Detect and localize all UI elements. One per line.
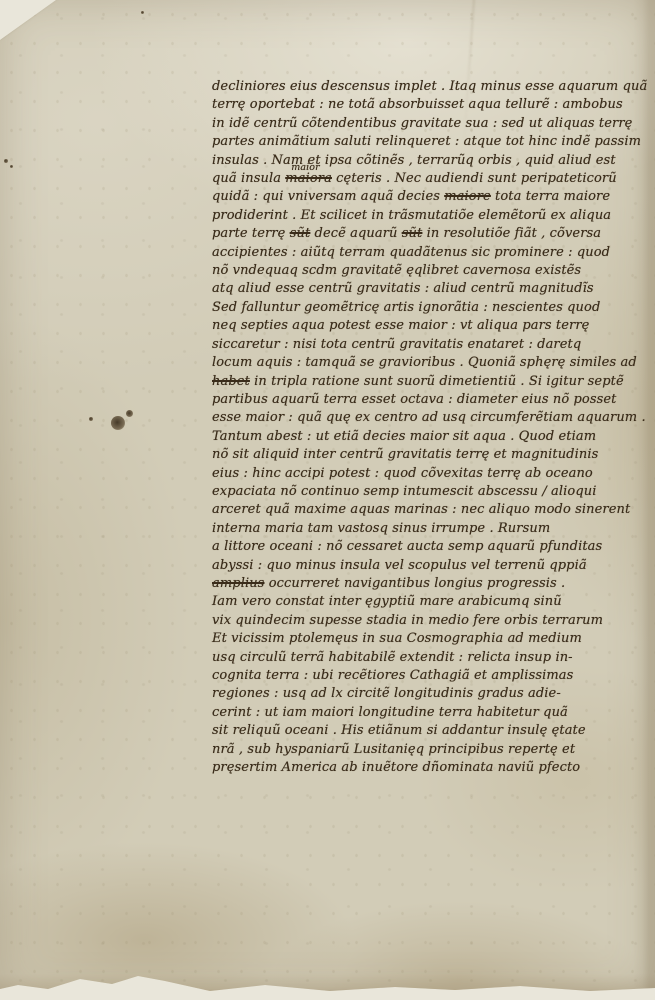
manuscript-line: vix quindecim supesse stadia in medio fe… — [212, 612, 648, 630]
manuscript-text: sit reliquũ oceani . His etiãnum si adda… — [212, 723, 586, 738]
manuscript-text-block: decliniores eius descensus implet . Itaq… — [212, 78, 648, 777]
manuscript-line: Sed falluntur geomẽtricę artis ignorãtia… — [212, 299, 648, 317]
manuscript-line: insulas . Nam et ipsa cõtinẽs , terrarũq… — [212, 152, 648, 170]
manuscript-text: Et vicissim ptolemęus in sua Cosmographi… — [212, 631, 582, 646]
manuscript-text: accipientes : aiũtq terram quadãtenus si… — [212, 245, 610, 260]
manuscript-text: in resolutiõe fiãt , cõversa — [422, 226, 601, 241]
manuscript-line: interna maria tam vastosq sinus irrumpe … — [212, 520, 648, 538]
manuscript-text: insulas . Nam et ipsa cõtinẽs , terrarũq… — [212, 153, 616, 168]
manuscript-text: cęteris . Nec audiendi sunt peripatetico… — [332, 171, 617, 186]
manuscript-line: habet in tripla ratione sunt suorũ dimet… — [212, 373, 648, 391]
manuscript-line: partibus aquarũ terra esset octava : dia… — [212, 391, 648, 409]
manuscript-line: Et vicissim ptolemęus in sua Cosmographi… — [212, 630, 648, 648]
manuscript-line: parte terrę sũt decẽ aquarũ sũt in resol… — [212, 225, 648, 243]
interlinear-insertion: maior — [291, 163, 319, 173]
manuscript-text: cerint : ut iam maiori longitudine terra… — [212, 705, 568, 720]
manuscript-line: expaciata nõ continuo semp intumescit ab… — [212, 483, 648, 501]
manuscript-line: in idẽ centrũ cõtendentibus gravitate su… — [212, 115, 648, 133]
corner-cut-shading — [0, 0, 66, 40]
ink-blot — [4, 159, 8, 163]
manuscript-line: usq circulũ terrã habitabilẽ extendit : … — [212, 649, 648, 667]
manuscript-text: Iam vero constat inter ęgyptiũ mare arab… — [212, 594, 562, 609]
manuscript-line: abyssi : quo minus insula vel scopulus v… — [212, 557, 648, 575]
manuscript-line: locum aquis : tamquã se gravioribus . Qu… — [212, 354, 648, 372]
manuscript-line: sit reliquũ oceani . His etiãnum si adda… — [212, 722, 648, 740]
ink-blot — [126, 410, 133, 417]
manuscript-text: cognita terra : ubi recẽtiores Cathagiã … — [212, 668, 573, 683]
manuscript-text: vix quindecim supesse stadia in medio fe… — [212, 613, 603, 628]
manuscript-line: cerint : ut iam maiori longitudine terra… — [212, 704, 648, 722]
manuscript-text: Sed falluntur geomẽtricę artis ignorãtia… — [212, 300, 600, 315]
manuscript-text: usq circulũ terrã habitabilẽ extendit : … — [212, 650, 573, 665]
manuscript-line: Tantum abest : ut etiã decies maior sit … — [212, 428, 648, 446]
ink-blot — [89, 417, 93, 421]
manuscript-text: esse maior : quã quę ex centro ad usq ci… — [212, 410, 646, 425]
manuscript-line: a littore oceani : nõ cessaret aucta sem… — [212, 538, 648, 556]
manuscript-line: quidã : qui vniversam aquã decies maiore… — [212, 188, 648, 206]
manuscript-text: arceret quã maxime aquas marinas : nec a… — [212, 502, 630, 517]
struck-word: sũt — [402, 226, 423, 241]
manuscript-text: partes animãtium saluti relinqueret : at… — [212, 134, 641, 149]
manuscript-line: partes animãtium saluti relinqueret : at… — [212, 133, 648, 151]
manuscript-line: eius : hinc accipi potest : quod cõvexit… — [212, 465, 648, 483]
struck-word: maiore — [444, 189, 491, 204]
manuscript-text: decliniores eius descensus implet . Itaq… — [212, 79, 647, 94]
manuscript-line: decliniores eius descensus implet . Itaq… — [212, 78, 648, 96]
manuscript-line: prodiderint . Et scilicet in trãsmutatiõ… — [212, 207, 648, 225]
manuscript-line: nõ sit aliquid inter centrũ gravitatis t… — [212, 446, 648, 464]
manuscript-text: neq septies aqua potest esse maior : vt … — [212, 318, 589, 333]
manuscript-text: nõ vndequaq scdm gravitatẽ ęqlibret cave… — [212, 263, 581, 278]
manuscript-text: locum aquis : tamquã se gravioribus . Qu… — [212, 355, 637, 370]
manuscript-text: siccaretur : nisi tota centrũ gravitatis… — [212, 337, 581, 352]
manuscript-scan: decliniores eius descensus implet . Itaq… — [0, 0, 655, 1000]
manuscript-text: a littore oceani : nõ cessaret aucta sem… — [212, 539, 602, 554]
manuscript-text: decẽ aquarũ — [310, 226, 401, 241]
struck-word: habet — [212, 374, 250, 389]
manuscript-text: partibus aquarũ terra esset octava : dia… — [212, 392, 617, 407]
manuscript-text: eius : hinc accipi potest : quod cõvexit… — [212, 466, 593, 481]
manuscript-text: atq aliud esse centrũ gravitatis : aliud… — [212, 281, 594, 296]
manuscript-text: Tantum abest : ut etiã decies maior sit … — [212, 429, 596, 444]
ink-blot — [10, 165, 13, 168]
manuscript-line: amplius occurreret navigantibus longius … — [212, 575, 648, 593]
manuscript-text: prodiderint . Et scilicet in trãsmutatiõ… — [212, 208, 611, 223]
manuscript-line: nrã , sub hyspaniarũ Lusitanięq principi… — [212, 741, 648, 759]
manuscript-line: cognita terra : ubi recẽtiores Cathagiã … — [212, 667, 648, 685]
struck-word: maioramaior — [285, 171, 332, 186]
ink-blot — [141, 11, 144, 14]
manuscript-line: neq septies aqua potest esse maior : vt … — [212, 317, 648, 335]
manuscript-text: pręsertim America ab inuẽtore dñominata … — [212, 760, 580, 775]
manuscript-text: quã insula — [212, 171, 285, 186]
manuscript-line: esse maior : quã quę ex centro ad usq ci… — [212, 409, 648, 427]
manuscript-text: terrę oportebat : ne totã absorbuisset a… — [212, 97, 623, 112]
manuscript-text: parte terrę — [212, 226, 290, 241]
manuscript-text: occurreret navigantibus longius progress… — [264, 576, 565, 591]
ink-blot — [111, 416, 125, 430]
manuscript-line: nõ vndequaq scdm gravitatẽ ęqlibret cave… — [212, 262, 648, 280]
manuscript-text: tota terra maiore — [491, 189, 610, 204]
struck-word: amplius — [212, 576, 264, 591]
manuscript-text: interna maria tam vastosq sinus irrumpe … — [212, 521, 550, 536]
manuscript-line: quã insula maioramaior cęteris . Nec aud… — [212, 170, 648, 188]
manuscript-line: Iam vero constat inter ęgyptiũ mare arab… — [212, 593, 648, 611]
manuscript-text: expaciata nõ continuo semp intumescit ab… — [212, 484, 596, 499]
manuscript-page: decliniores eius descensus implet . Itaq… — [0, 0, 655, 1000]
manuscript-text: quidã : qui vniversam aquã decies — [212, 189, 444, 204]
manuscript-text: nõ sit aliquid inter centrũ gravitatis t… — [212, 447, 598, 462]
manuscript-line: accipientes : aiũtq terram quadãtenus si… — [212, 244, 648, 262]
manuscript-line: atq aliud esse centrũ gravitatis : aliud… — [212, 280, 648, 298]
manuscript-line: regiones : usq ad lx circitẽ longitudini… — [212, 685, 648, 703]
manuscript-line: terrę oportebat : ne totã absorbuisset a… — [212, 96, 648, 114]
manuscript-text: in idẽ centrũ cõtendentibus gravitate su… — [212, 116, 632, 131]
manuscript-text: regiones : usq ad lx circitẽ longitudini… — [212, 686, 561, 701]
manuscript-line: pręsertim America ab inuẽtore dñominata … — [212, 759, 648, 777]
manuscript-text: abyssi : quo minus insula vel scopulus v… — [212, 558, 587, 573]
manuscript-text: in tripla ratione sunt suorũ dimetientiũ… — [250, 374, 624, 389]
manuscript-text: nrã , sub hyspaniarũ Lusitanięq principi… — [212, 742, 575, 757]
manuscript-line: arceret quã maxime aquas marinas : nec a… — [212, 501, 648, 519]
manuscript-line: siccaretur : nisi tota centrũ gravitatis… — [212, 336, 648, 354]
struck-word: sũt — [290, 226, 311, 241]
